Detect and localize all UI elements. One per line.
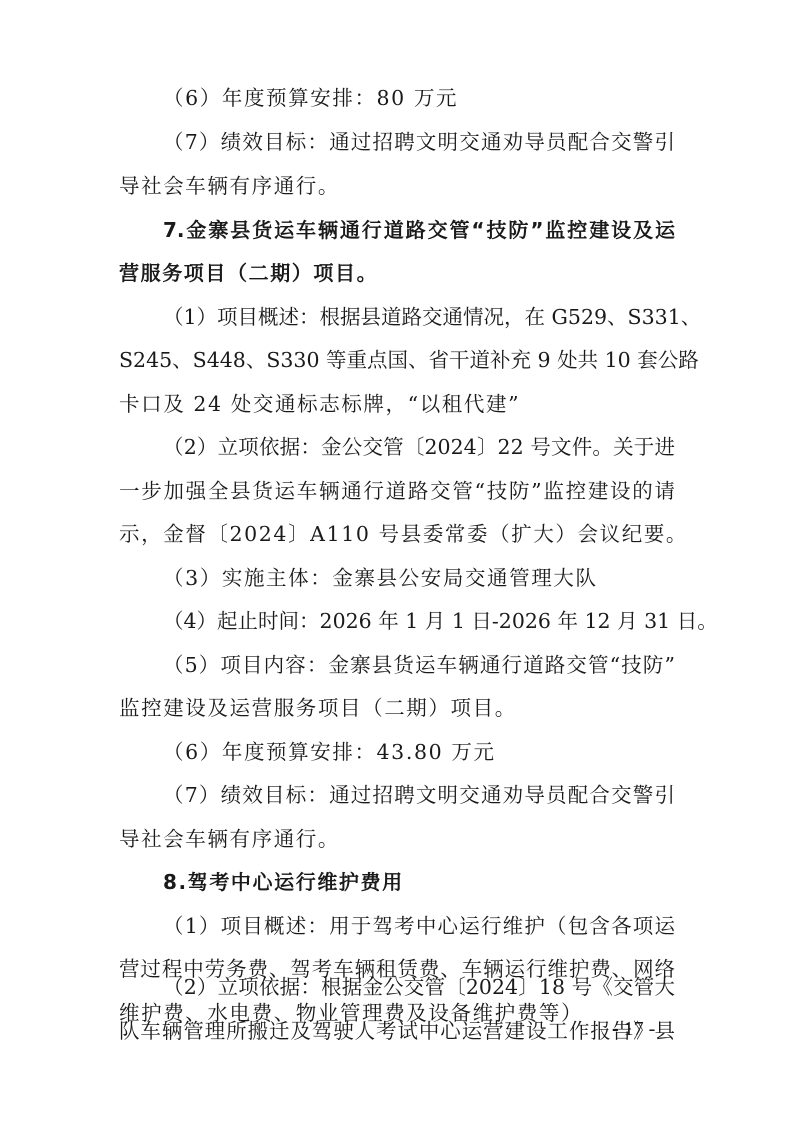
paragraph-line: （2）立项依据：根据金公交管〔2024〕18 号《交管大 — [163, 973, 675, 1001]
page-number: - 17 - — [612, 1018, 655, 1041]
paragraph-line: 导社会车辆有序通行。 — [119, 825, 675, 853]
paragraph-line: S245、S448、S330 等重点国、省干道补充 9 处共 10 套公路 — [119, 346, 675, 374]
paragraph-line: （5）项目内容：金寨县货运车辆通行道路交管“技防” — [163, 651, 675, 679]
paragraph-line: （2）立项依据：金公交管〔2024〕22 号文件。关于进 — [163, 433, 675, 461]
paragraph-line: （7）绩效目标：通过招聘文明交通劝导员配合交警引 — [163, 128, 675, 156]
paragraph-line: 导社会车辆有序通行。 — [119, 172, 675, 200]
paragraph-line: （6）年度预算安排：43.80 万元 — [163, 738, 675, 766]
paragraph-line: 卡口及 24 处交通标志标牌，“以租代建” — [119, 390, 675, 418]
document-page: （6）年度预算安排：80 万元（7）绩效目标：通过招聘文明交通劝导员配合交警引导… — [0, 0, 793, 1122]
paragraph-line: （4）起止时间：2026 年 1 月 1 日-2026 年 12 月 31 日。 — [163, 607, 675, 635]
paragraph-line: （3）实施主体：金寨县公安局交通管理大队 — [163, 564, 675, 592]
paragraph-line: 队车辆管理所搬迁及驾驶人考试中心运营建设工作报告》县 — [119, 1017, 675, 1045]
paragraph-line: （1）项目概述：用于驾考中心运行维护（包含各项运 — [163, 912, 675, 940]
paragraph-line: （7）绩效目标：通过招聘文明交通劝导员配合交警引 — [163, 781, 675, 809]
section-heading: 营服务项目（二期）项目。 — [119, 259, 675, 287]
paragraph-line: 示，金督〔2024〕A110 号县委常委（扩大）会议纪要。 — [119, 520, 675, 548]
paragraph-line: （1）项目概述：根据县道路交通情况，在 G529、S331、 — [163, 303, 675, 331]
section-heading: 7.金寨县货运车辆通行道路交管“技防”监控建设及运 — [163, 216, 675, 244]
paragraph-line: （6）年度预算安排：80 万元 — [163, 84, 675, 112]
section-heading: 8.驾考中心运行维护费用 — [163, 868, 675, 896]
paragraph-line: 一步加强全县货运车辆通行道路交管“技防”监控建设的请 — [119, 477, 675, 505]
paragraph-line: 监控建设及运营服务项目（二期）项目。 — [119, 694, 675, 722]
